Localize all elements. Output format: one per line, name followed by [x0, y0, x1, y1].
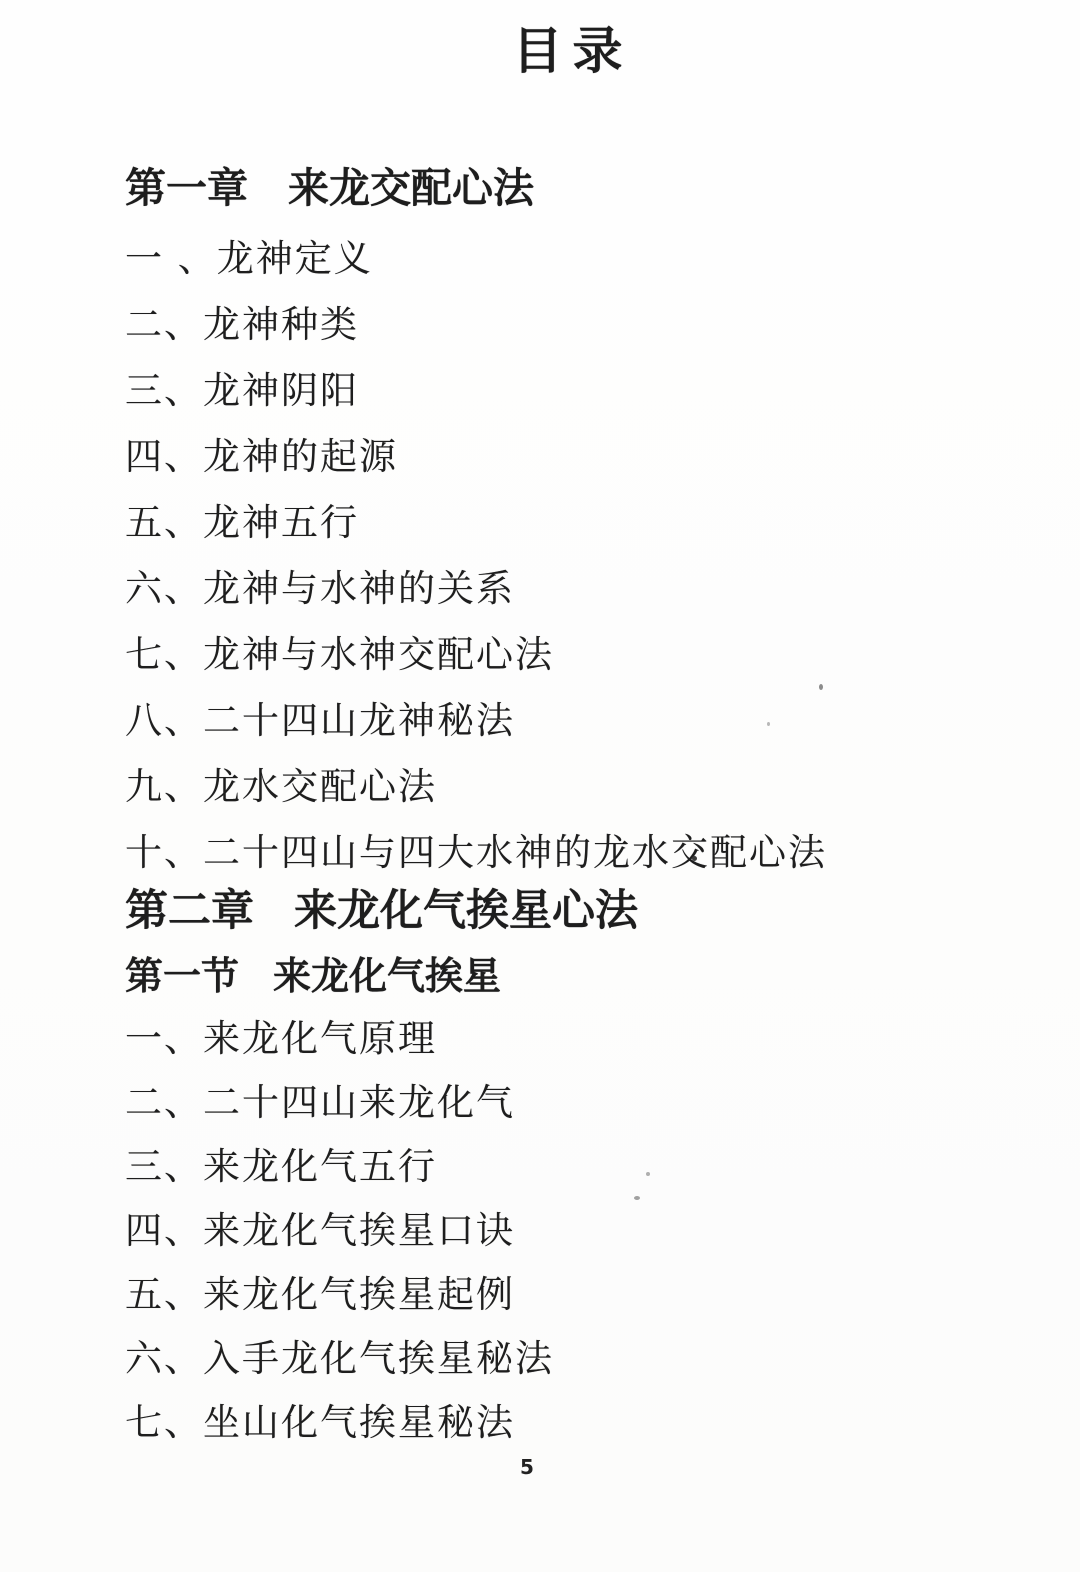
page-title: 目录: [125, 22, 1020, 80]
toc-item: 三、来龙化气五行: [125, 1148, 1020, 1185]
toc-item: 四、来龙化气挨星口诀: [125, 1212, 1020, 1249]
toc-item: 七、坐山化气挨星秘法: [125, 1404, 1020, 1441]
toc-item: 六、入手龙化气挨星秘法: [125, 1340, 1020, 1377]
toc-item: 二、龙神种类: [125, 306, 1020, 343]
toc-item: 八、二十四山龙神秘法: [125, 702, 1020, 739]
section-1-label: 第一节: [125, 955, 239, 997]
scan-speck: [767, 722, 770, 726]
page-number: 5: [520, 1455, 534, 1479]
scan-speck: [646, 1172, 650, 1176]
toc-item: 二、二十四山来龙化气: [125, 1084, 1020, 1121]
toc-item: 十、二十四山与四大水神的龙水交配心法: [125, 834, 1020, 871]
scan-speck: [692, 856, 697, 861]
toc-item: 六、龙神与水神的关系: [125, 570, 1020, 607]
section-1-title: 来龙化气挨星: [273, 955, 501, 997]
toc-item: 九、龙水交配心法: [125, 768, 1020, 805]
scanned-page: 目录 第一章 来龙交配心法 一 、龙神定义 二、龙神种类 三、龙神阴阳 四、龙神…: [0, 0, 1080, 1572]
section-1-heading: 第一节 来龙化气挨星: [125, 955, 1020, 997]
toc-item: 一 、龙神定义: [125, 240, 1020, 277]
toc-item: 三、龙神阴阳: [125, 372, 1020, 409]
chapter-2-title: 来龙化气挨星心法: [294, 888, 638, 935]
chapter-2-label: 第二章: [125, 888, 254, 935]
chapter-1-label: 第一章: [125, 166, 248, 211]
toc-item: 七、龙神与水神交配心法: [125, 636, 1020, 673]
scan-speck: [819, 684, 823, 690]
toc-item: 一、来龙化气原理: [125, 1020, 1020, 1057]
page-content: 目录 第一章 来龙交配心法 一 、龙神定义 二、龙神种类 三、龙神阴阳 四、龙神…: [0, 0, 1080, 1441]
toc-item: 五、龙神五行: [125, 504, 1020, 541]
chapter-2-heading: 第二章 来龙化气挨星心法: [125, 888, 1020, 935]
scan-speck: [634, 1196, 640, 1200]
toc-item: 四、龙神的起源: [125, 438, 1020, 475]
chapter-1-title: 来龙交配心法: [288, 166, 534, 211]
chapter-1-item-list: 一 、龙神定义 二、龙神种类 三、龙神阴阳 四、龙神的起源 五、龙神五行 六、龙…: [125, 240, 1020, 871]
chapter-2-item-list: 一、来龙化气原理 二、二十四山来龙化气 三、来龙化气五行 四、来龙化气挨星口诀 …: [125, 1020, 1020, 1441]
chapter-1-heading: 第一章 来龙交配心法: [125, 166, 1020, 211]
toc-item: 五、来龙化气挨星起例: [125, 1276, 1020, 1313]
